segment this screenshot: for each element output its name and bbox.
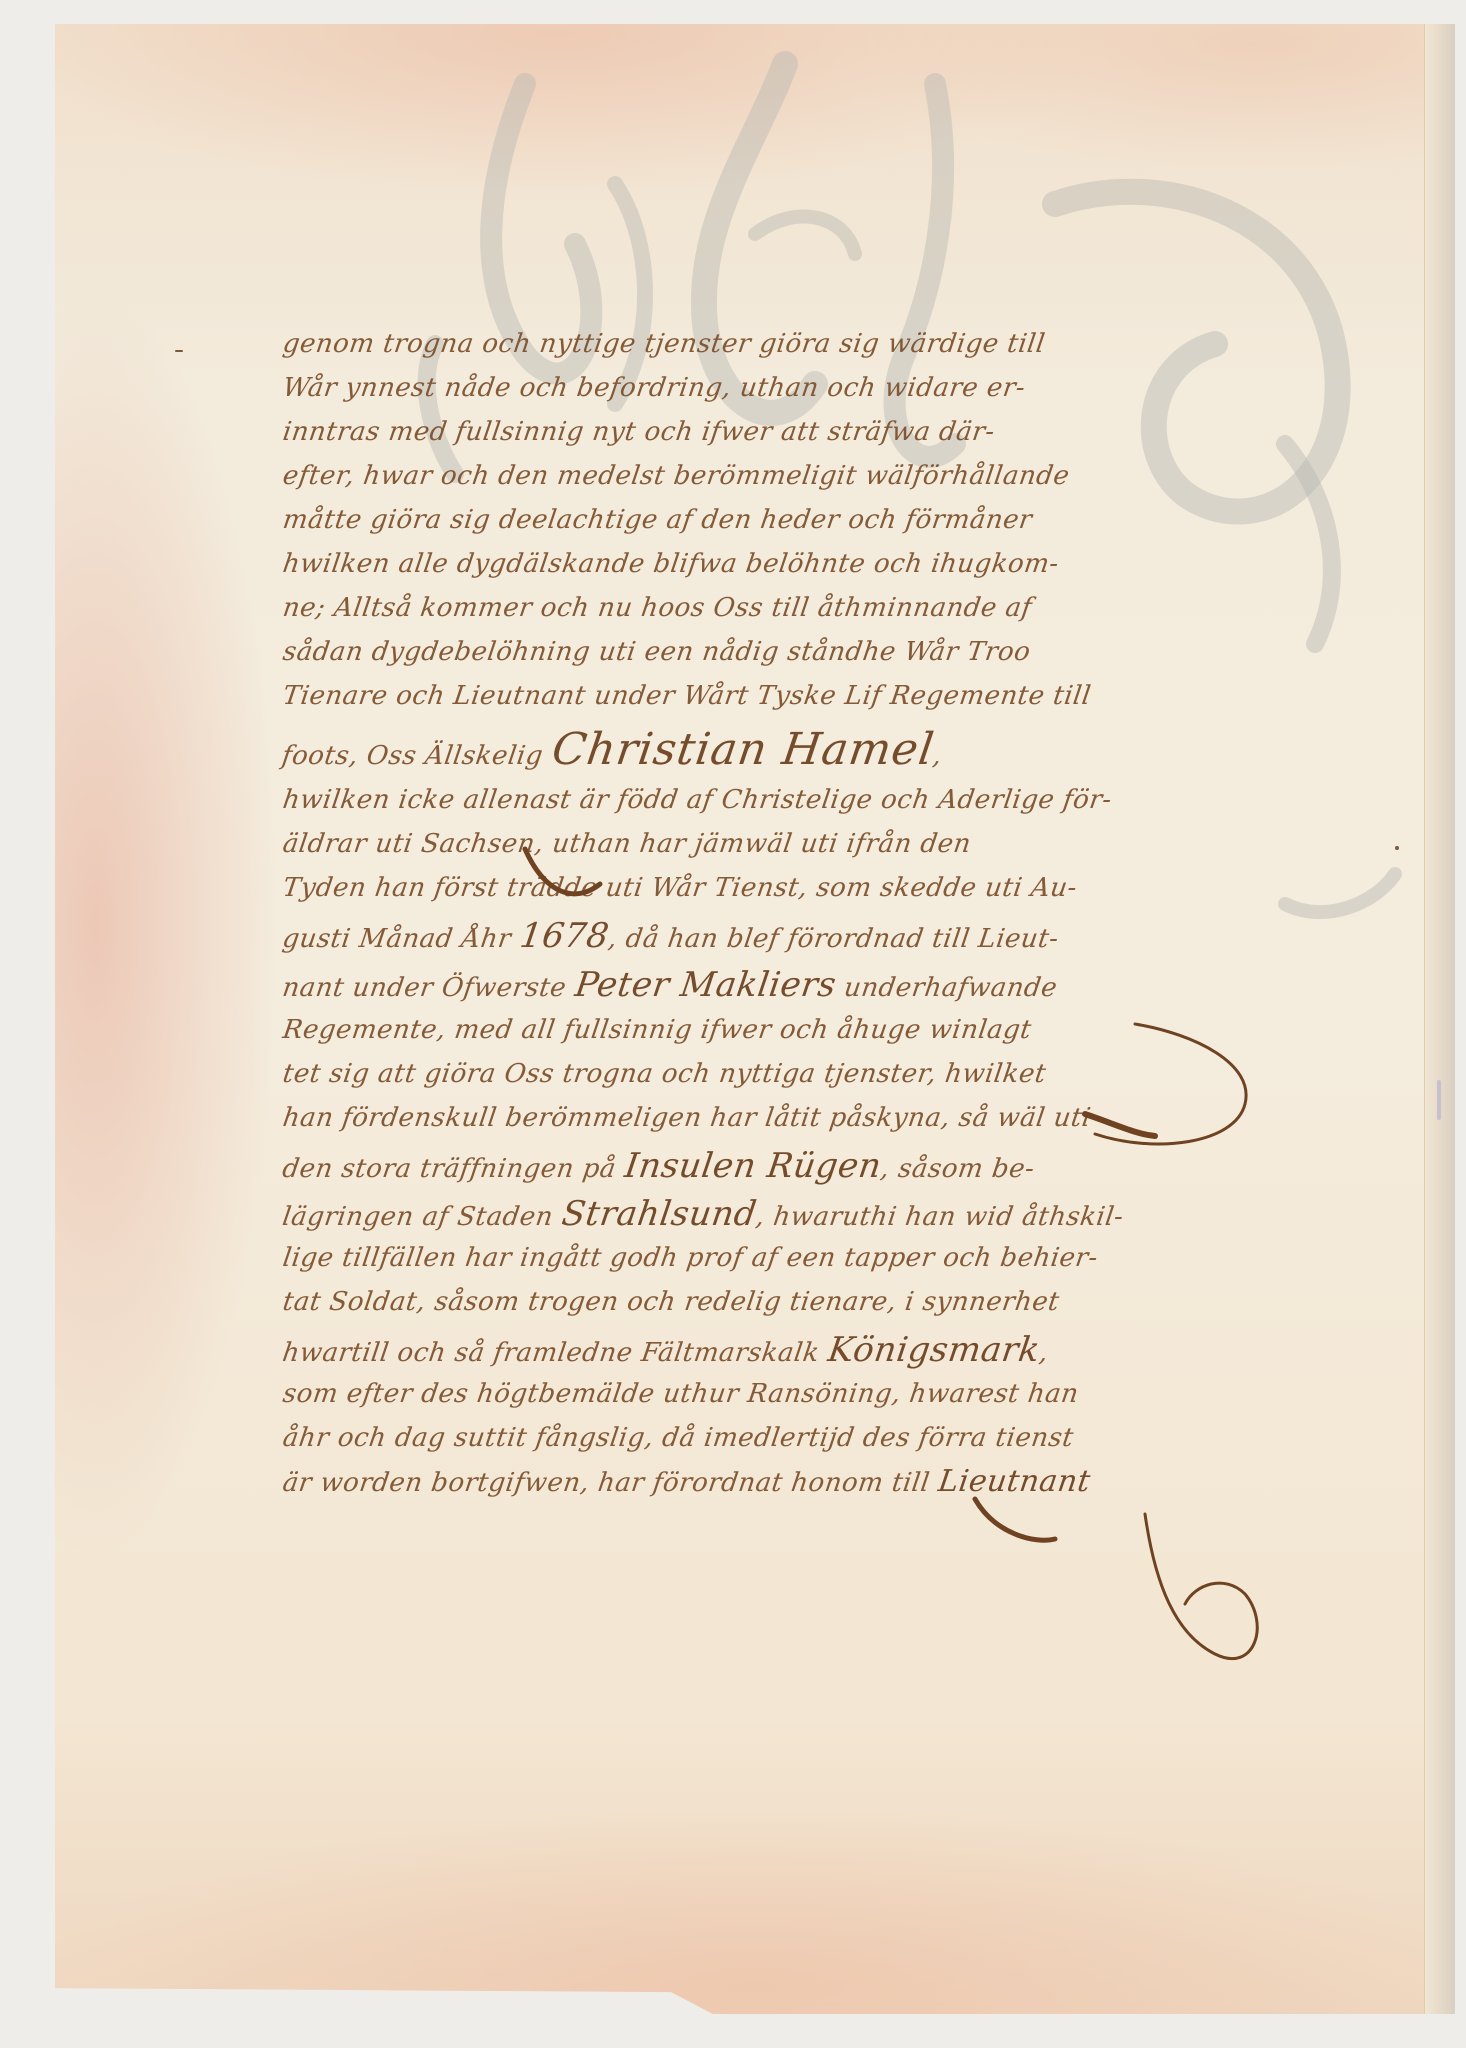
- line-lead: gusti Månad Åhr: [280, 924, 513, 954]
- page-fold-edge: [1424, 24, 1455, 2014]
- text-line-with-name: hwartill och så framledne Fältmarskalk K…: [280, 1326, 1052, 1374]
- text-line: hwilken icke allenast är född af Christe…: [280, 780, 1114, 820]
- line-trail: , hwaruthi han wid åthskil-: [754, 1202, 1126, 1232]
- text-line: efter, hwar och den medelst berömmeligit…: [280, 456, 1072, 496]
- text-line-with-place: lägringen af Staden Strahlsund, hwaruthi…: [280, 1190, 1128, 1238]
- text-line: som efter des högtbemälde uthur Ransönin…: [280, 1374, 1081, 1414]
- text-line: hwilken alle dygdälskande blifwa belöhnt…: [280, 544, 1061, 584]
- text-line-with-name: nant under Öfwerste Peter Makliers under…: [279, 960, 1061, 1010]
- line-trail: , då han blef förordnad till Lieut-: [606, 924, 1060, 954]
- text-line: Wår ynnest nåde och befordring, uthan oc…: [280, 368, 1028, 408]
- text-line: lige tillfällen har ingått godh prof af …: [280, 1238, 1100, 1278]
- margin-dash-mark: [175, 350, 183, 352]
- final-word-lieutnant: Lieutnant: [936, 1464, 1093, 1499]
- text-line: genom trogna och nyttige tjenster giöra …: [280, 324, 1048, 364]
- text-line: Tyden han först trädde uti Wår Tienst, s…: [280, 868, 1079, 908]
- line-lead: nant under Öfwerste: [280, 973, 568, 1003]
- line-lead: den stora träffningen på: [280, 1154, 618, 1184]
- text-line: Regemente, med all fullsinnig ifwer och …: [280, 1010, 1034, 1050]
- year-1678: 1678: [517, 916, 611, 956]
- text-line-with-year: gusti Månad Åhr 1678, då han blef förord…: [280, 912, 1063, 960]
- personal-name-peter-makliers: Peter Makliers: [573, 965, 839, 1005]
- manuscript-page: genom trogna och nyttige tjenster giöra …: [55, 24, 1455, 2014]
- scan-background: genom trogna och nyttige tjenster giöra …: [0, 0, 1466, 2048]
- text-line: han fördenskull berömmeligen har låtit p…: [280, 1098, 1093, 1138]
- line-trail: , såsom be-: [879, 1154, 1037, 1184]
- line-lead: lägringen af Staden: [280, 1202, 555, 1232]
- text-line-with-place: den stora träffningen på Insulen Rügen, …: [280, 1142, 1039, 1190]
- personal-name-konigsmark: Königsmark: [826, 1330, 1043, 1370]
- text-line: Tienare och Lieutnant under Wårt Tyske L…: [280, 676, 1093, 716]
- line-lead: foots, Oss Ällskelig: [280, 741, 545, 771]
- text-line: tet sig att giöra Oss trogna och nyttiga…: [280, 1054, 1049, 1094]
- personal-name-christian-hamel: Christian Hamel: [549, 724, 938, 775]
- line-lead: hwartill och så framledne Fältmarskalk: [280, 1338, 821, 1368]
- line-trail: underhafwande: [833, 973, 1059, 1003]
- place-name-insulen-rugen: Insulen Rügen: [622, 1146, 884, 1186]
- text-line: äldrar uti Sachsen, uthan har jämwäl uti…: [280, 824, 973, 864]
- text-line-final: är worden bortgifwen, har förordnat hono…: [280, 1462, 1093, 1502]
- text-line: inntras med fullsinnig nyt och ifwer att…: [280, 412, 997, 452]
- text-line: tat Soldat, såsom trogen och redelig tie…: [280, 1282, 1062, 1322]
- ink-speck: [1395, 846, 1399, 850]
- place-name-strahlsund: Strahlsund: [559, 1194, 759, 1234]
- text-line-with-name: foots, Oss Ällskelig Christian Hamel,: [279, 720, 947, 780]
- text-line: sådan dygdebelöhning uti een nådig stånd…: [280, 632, 1033, 672]
- text-line: åhr och dag suttit fångslig, då imedlert…: [280, 1418, 1076, 1458]
- line-lead: är worden bortgifwen, har förordnat hono…: [281, 1468, 932, 1498]
- margin-tear-mark: [1437, 1080, 1441, 1120]
- text-line: måtte giöra sig deelachtige af den heder…: [280, 500, 1035, 540]
- text-line: ne; Alltså kommer och nu hoos Oss till å…: [280, 588, 1034, 628]
